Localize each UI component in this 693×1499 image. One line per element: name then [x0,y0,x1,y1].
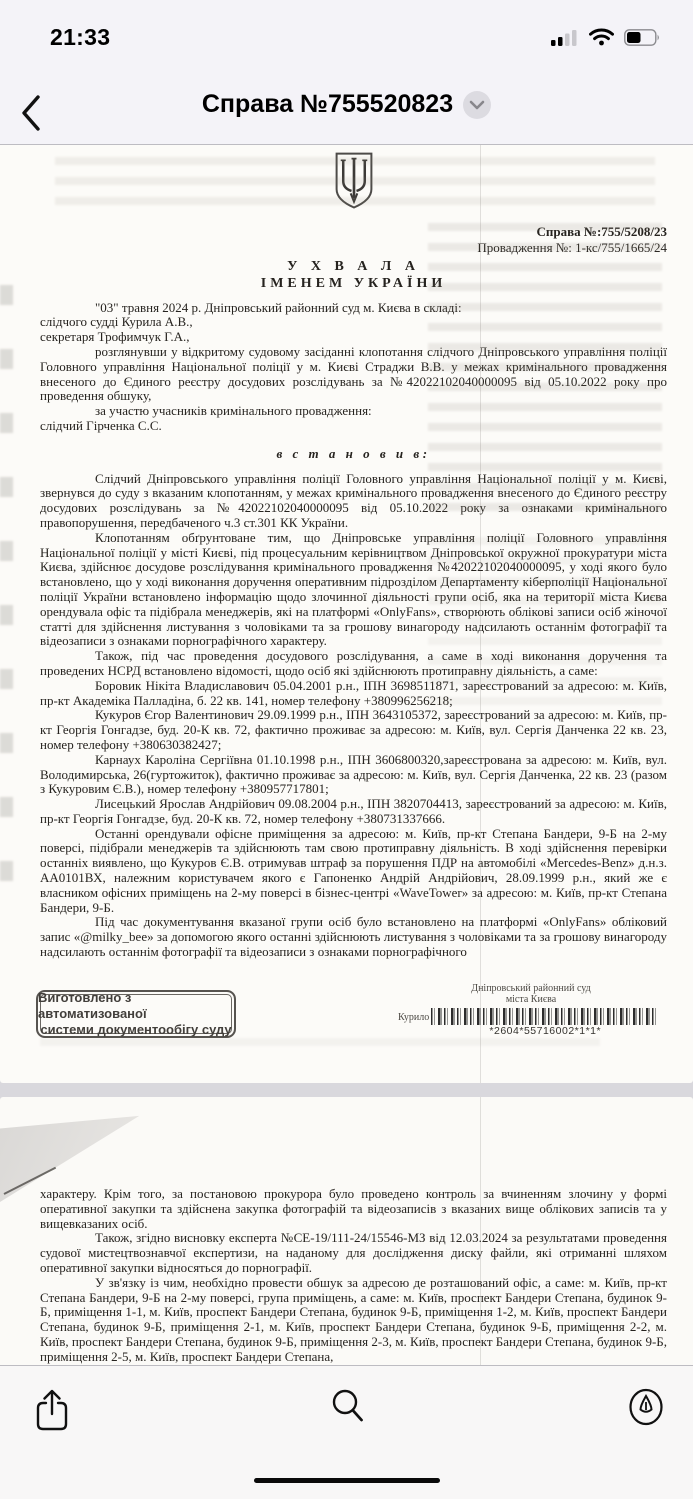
doc-paragraph: Кукуров Єгор Валентинович 29.09.1999 р.н… [40,708,667,752]
doc-paragraph: слідчого судді Курила А.В., [40,315,667,330]
stamp-line2: системи документообігу суду [40,1022,231,1038]
judge-name: Курило [398,1012,429,1023]
cellular-signal-icon [551,29,579,51]
top-chrome: 21:33 [0,0,693,145]
page2-text: характеру. Крім того, за постановою прок… [40,1187,667,1365]
doc-paragraph: Боровик Нікіта Владиславович 05.04.2001 … [40,679,667,709]
stamp-line1: Виготовлено з автоматизованої [38,990,234,1022]
scan-edge-artifact [0,285,13,905]
doc-paragraph: характеру. Крім того, за постановою прок… [40,1187,667,1231]
document-title: У Х В А Л А [40,260,667,275]
barcode-row: Курило *2604*55716002*1*1* [398,1008,664,1037]
markup-icon [627,1388,665,1426]
bleedthrough-ghost-text [40,1038,600,1050]
document-page-1: Справа №:755/5208/23 Провадження №: 1-кс… [0,145,693,1083]
battery-icon [624,29,661,51]
page-title: Справа №755520823 [202,90,453,119]
status-time: 21:33 [50,24,110,51]
ukraine-trident-emblem [40,152,667,210]
doc-paragraph: У зв'язку із чим, необхідно провести обш… [40,1276,667,1365]
doc-paragraph: розглянувши у відкритому судовому засіда… [40,345,667,404]
wifi-icon [589,28,614,51]
court-signature-block: Дніпровський районний суд міста Києва Ку… [398,983,664,1037]
doc-paragraph: Також, під час проведення досудового роз… [40,649,667,679]
doc-paragraph: Під час документування вказаної групи ос… [40,915,667,959]
court-name-line1: Дніпровський районний суд [398,983,664,994]
home-indicator[interactable] [254,1478,440,1483]
doc-paragraph: секретаря Трофимчук Г.А., [40,330,667,345]
doc-paragraph: Карнаух Кароліна Сергіївна 01.10.1998 р.… [40,753,667,797]
doc-paragraph: за участю учасників кримінального провад… [40,404,667,419]
share-icon [34,1388,70,1432]
nav-title-row: Справа №755520823 [0,90,693,119]
document-scroll-area[interactable]: Справа №:755/5208/23 Провадження №: 1-кс… [0,145,693,1365]
doc-paragraph: Останні орендували офісне приміщення за … [40,827,667,916]
doc-paragraph: в с т а н о в и в: [40,447,667,462]
markup-button[interactable] [627,1388,665,1431]
barcode-caption: *2604*55716002*1*1* [431,1026,659,1037]
case-number: Справа №:755/5208/23 [40,224,667,240]
page1-text: "03" травня 2024 р. Дніпровський районни… [40,301,667,960]
doc-paragraph: Лисецький Ярослав Андрійович 09.08.2004 … [40,797,667,827]
proceeding-number: Провадження №: 1-кс/755/1665/24 [40,240,667,256]
bottom-toolbar [0,1365,693,1499]
court-name-line2: міста Києва [398,994,664,1005]
barcode [431,1008,659,1025]
doc-paragraph: Також, згідно висновку експерта №СЕ-19/1… [40,1231,667,1275]
status-icons [551,28,661,51]
doc-paragraph: слідчий Гірченка С.С. [40,419,667,434]
doc-paragraph: Клопотанням обґрунтоване тим, що Дніпров… [40,531,667,649]
doc-paragraph: "03" травня 2024 р. Дніпровський районни… [40,301,667,316]
court-automation-stamp: Виготовлено з автоматизованої системи до… [36,990,236,1038]
title-menu-button[interactable] [463,91,491,119]
document-page-2: характеру. Крім того, за постановою прок… [0,1097,693,1365]
case-header: Справа №:755/5208/23 Провадження №: 1-кс… [40,224,667,255]
search-button[interactable] [330,1388,366,1431]
chevron-down-icon [469,100,485,110]
share-button[interactable] [34,1388,70,1437]
doc-paragraph: Слідчий Дніпровського управління поліції… [40,472,667,531]
search-icon [330,1388,366,1426]
document-subtitle: ІМЕНЕМ УКРАЇНИ [40,277,667,292]
phone-screen: 21:33 [0,0,693,1499]
